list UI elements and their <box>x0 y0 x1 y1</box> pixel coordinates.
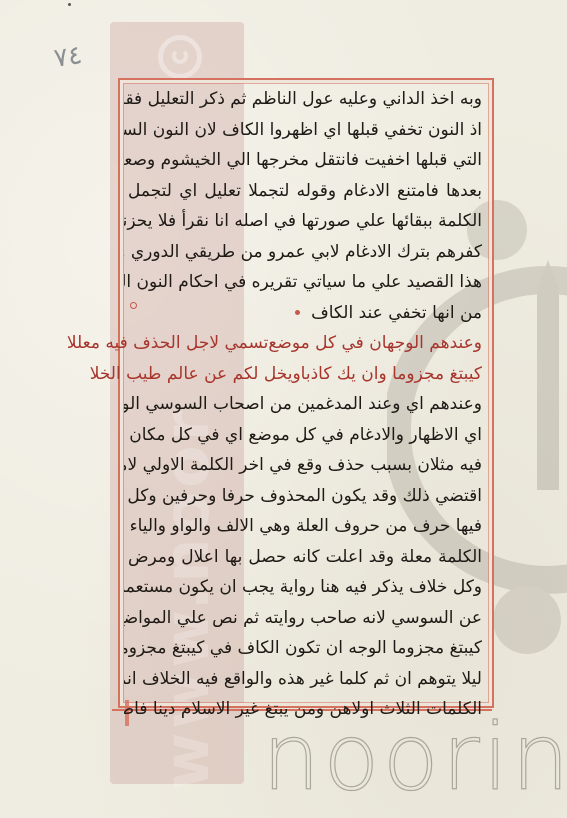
text-line: هذا القصيد علي ما سياتي تقريره في احكام … <box>124 267 486 298</box>
text-line: من انها تخفي عند الكاف <box>124 298 486 329</box>
text-line: اي الاظهار والادغام في كل موضع اي في كل … <box>124 420 486 451</box>
text-line: بعدها فامتنع الادغام وقوله لتجملا تعليل … <box>124 176 486 207</box>
text-line: وعندهم اي وعند المدغمين من اصحاب السوسي … <box>124 389 486 420</box>
text-line: التي قبلها اخفيت فانتقل مخرجها الي الخيش… <box>124 145 486 176</box>
verse-hemistich-left: ويخل لكم عن عالم طيب الخلا <box>90 359 301 390</box>
verse-hemistich-left: تسمي لاجل الحذف فيه معللا <box>67 328 268 359</box>
verse-hemistich-right: كيبتغ مجزوما وان يك كاذبا <box>301 359 482 390</box>
text-line: الكلمة ببقائها علي صورتها في اصله انا نق… <box>124 206 486 237</box>
text-line: وكل خلاف يذكر فيه هنا رواية يجب ان يكون … <box>124 572 486 603</box>
verse-hemistich-right: وعندهم الوجهان في كل موضع <box>268 328 482 359</box>
ink-speck <box>68 3 71 6</box>
text-line-content: من انها تخفي عند الكاف <box>311 303 482 323</box>
text-line: كفرهم بترك الادغام لابي عمرو من طريقي ال… <box>124 237 486 268</box>
text-line: وبه اخذ الداني وعليه عول الناظم ثم ذكر ا… <box>124 84 486 115</box>
manuscript-text: وبه اخذ الداني وعليه عول الناظم ثم ذكر ا… <box>124 84 486 725</box>
watermark-bottom-text: noorin <box>262 712 567 804</box>
text-line: فيه مثلان بسبب حذف وقع في اخر الكلمة الا… <box>124 450 486 481</box>
text-line: ليلا يتوهم ان ثم كلما غير هذه والواقع في… <box>124 664 486 695</box>
verse-line-1: وعندهم الوجهان في كل موضع تسمي لاجل الحذ… <box>124 328 486 359</box>
text-line: فيها حرف من حروف العلة وهي الالف والواو … <box>124 511 486 542</box>
folio-number: ٧٤ <box>52 40 84 74</box>
text-line: عن السوسي لانه صاحب روايته ثم نص علي الم… <box>124 603 486 634</box>
section-dot <box>295 310 300 315</box>
text-line: كيبتغ مجزوما الوجه ان تكون الكاف في كيبت… <box>124 633 486 664</box>
text-line: اقتضي ذلك وقد يكون المحذوف حرفا وحرفين و… <box>124 481 486 512</box>
margin-circle-mark <box>130 302 137 309</box>
watermark-logo-icon <box>158 35 202 79</box>
verse-line-2: كيبتغ مجزوما وان يك كاذبا ويخل لكم عن عا… <box>124 359 486 390</box>
text-line: الكلمة معلة وقد اعلت كانه حصل بها اعلال … <box>124 542 486 573</box>
text-line: اذ النون تخفي قبلها اي اظهروا الكاف لان … <box>124 115 486 146</box>
